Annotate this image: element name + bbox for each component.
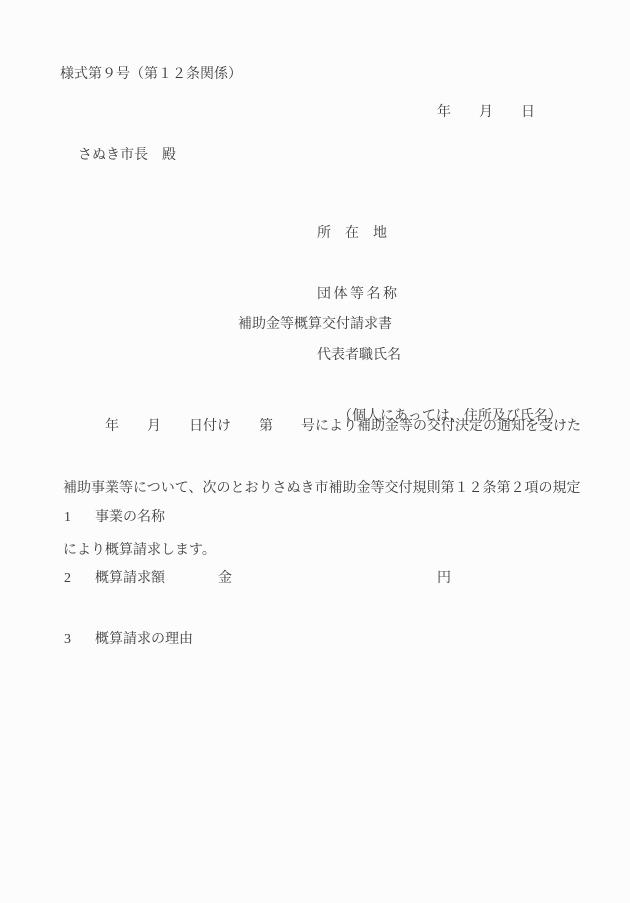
body-paragraph: 年 月 日付け 第 号により補助金等の交付決定の通知を受けた 補助事業等について…: [63, 377, 581, 582]
item-2-amount-prefix: 金: [218, 569, 232, 588]
body-line-3: により概算請求します。: [63, 539, 581, 563]
body-line-1: 年 月 日付け 第 号により補助金等の交付決定の通知を受けた: [63, 415, 581, 439]
item-1-label: 事業の名称: [95, 508, 165, 527]
body-line-2: 補助事業等について、次のとおりさぬき市補助金等交付規則第１２条第２項の規定: [63, 477, 581, 501]
addressee: さぬき市長 殿: [78, 146, 176, 165]
item-2-label: 概算請求額: [95, 569, 165, 588]
item-2-number: 2: [64, 569, 71, 588]
issue-date-line: 年 月 日: [437, 103, 535, 122]
document-title: 補助金等概算交付請求書: [0, 315, 630, 334]
item-1-number: 1: [64, 508, 71, 527]
item-3-number: 3: [64, 630, 71, 649]
sender-representative-label: 代表者職氏名: [317, 344, 562, 367]
sender-org-name-label: 団体等名称: [317, 283, 562, 306]
sender-address-label: 所 在 地: [317, 222, 562, 245]
document-page: { "page": { "form_number": "様式第９号（第１２条関係…: [0, 0, 630, 903]
form-number: 様式第９号（第１２条関係）: [60, 65, 242, 84]
item-2-amount-suffix: 円: [437, 569, 451, 588]
item-3-label: 概算請求の理由: [95, 630, 193, 649]
